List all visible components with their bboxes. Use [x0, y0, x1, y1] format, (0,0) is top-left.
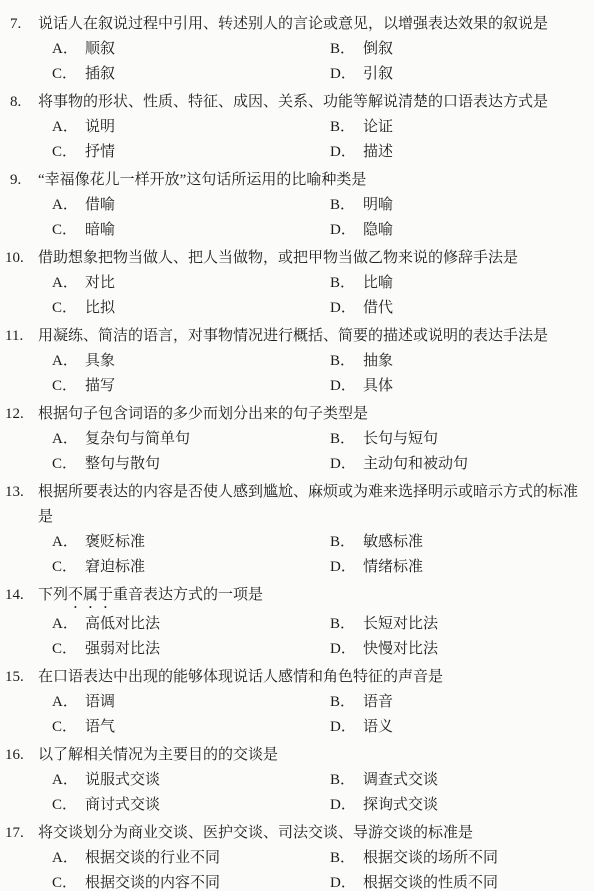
option-label: C． — [52, 793, 85, 818]
option-text: 探询式交谈 — [363, 797, 438, 813]
option-label: D． — [330, 452, 363, 477]
option-text: 语气 — [85, 719, 115, 735]
option: A．借喻 — [52, 193, 330, 218]
question-text: 根据所要表达的内容是否使人感到尴尬、麻烦或为难来选择明示或暗示方式的标准是 — [38, 480, 586, 530]
option-text: 高低对比法 — [85, 616, 160, 632]
option-text: 描写 — [85, 378, 115, 394]
option-text: 窘迫标准 — [85, 559, 145, 575]
question-options: A．顺叙 B．倒叙 C．插叙 D．引叙 — [0, 37, 594, 87]
option-label: B． — [330, 427, 363, 452]
option-text: 长句与短句 — [363, 431, 438, 447]
option-text: 商讨式交谈 — [85, 797, 160, 813]
option-label: D． — [330, 715, 363, 740]
option: C．根据交谈的内容不同 — [52, 871, 330, 891]
question-number: 17. — [5, 821, 38, 846]
option-label: D． — [330, 637, 363, 662]
option: B．抽象 — [330, 349, 594, 374]
option-text: 情绪标准 — [363, 559, 423, 575]
option-text: 语音 — [363, 694, 393, 710]
option-label: A． — [52, 349, 85, 374]
option-text: 对比 — [85, 275, 115, 291]
option: D．引叙 — [330, 62, 594, 87]
question-options: A．高低对比法 B．长短对比法 C．强弱对比法 D．快慢对比法 — [0, 612, 594, 662]
question-text: “幸福像花儿一样开放”这句话所运用的比喻种类是 — [38, 168, 366, 193]
option: A．复杂句与简单句 — [52, 427, 330, 452]
option-label: B． — [330, 37, 363, 62]
option-label: C． — [52, 715, 85, 740]
option: A．褒贬标准 — [52, 530, 330, 555]
option: B．倒叙 — [330, 37, 594, 62]
question-options: A．根据交谈的行业不同 B．根据交谈的场所不同 C．根据交谈的内容不同 D．根据… — [0, 846, 594, 891]
question-options: A．语调 B．语音 C．语气 D．语义 — [0, 690, 594, 740]
option-label: A． — [52, 768, 85, 793]
option-text: 敏感标准 — [363, 534, 423, 550]
option: A．对比 — [52, 271, 330, 296]
option: C．暗喻 — [52, 218, 330, 243]
option-label: C． — [52, 140, 85, 165]
question-text: 在口语表达中出现的能够体现说话人感情和角色特征的声音是 — [38, 665, 443, 690]
option: A．说明 — [52, 115, 330, 140]
option-label: C． — [52, 218, 85, 243]
question-number: 14. — [5, 583, 38, 612]
option-text: 主动句和被动句 — [363, 456, 468, 472]
option-label: A． — [52, 690, 85, 715]
question-text: 用凝练、简洁的语言，对事物情况进行概括、简要的描述或说明的表达手法是 — [38, 324, 548, 349]
option-text: 根据交谈的内容不同 — [85, 875, 220, 891]
option: C．商讨式交谈 — [52, 793, 330, 818]
option: D．借代 — [330, 296, 594, 321]
option-label: C． — [52, 296, 85, 321]
option: B．长短对比法 — [330, 612, 594, 637]
option: B．根据交谈的场所不同 — [330, 846, 594, 871]
option-text: 根据交谈的场所不同 — [363, 850, 498, 866]
option-label: D． — [330, 793, 363, 818]
option-text: 暗喻 — [85, 222, 115, 238]
option-label: C． — [52, 637, 85, 662]
option: D．情绪标准 — [330, 555, 594, 580]
question-number: 16. — [5, 743, 38, 768]
question-text-post: 重音表达方式的一项是 — [113, 587, 263, 603]
option-label: D． — [330, 140, 363, 165]
question-text-emphasized: 不属于 — [68, 587, 113, 603]
option: A．具象 — [52, 349, 330, 374]
question-text: 以了解相关情况为主要目的的交谈是 — [38, 743, 278, 768]
question-number: 11. — [5, 324, 38, 349]
exam-page: 7. 说话人在叙说过程中引用、转述别人的言论或意见，以增强表达效果的叙说是 A．… — [0, 0, 594, 891]
option-text: 隐喻 — [363, 222, 393, 238]
option: D．探询式交谈 — [330, 793, 594, 818]
question-number: 9. — [10, 168, 38, 193]
option: C．比拟 — [52, 296, 330, 321]
option: B．语音 — [330, 690, 594, 715]
option-text: 调查式交谈 — [363, 772, 438, 788]
option-label: C． — [52, 555, 85, 580]
option-label: A． — [52, 115, 85, 140]
option: C．强弱对比法 — [52, 637, 330, 662]
question-text: 借助想象把物当做人、把人当做物，或把甲物当做乙物来说的修辞手法是 — [38, 246, 518, 271]
option: B．比喻 — [330, 271, 594, 296]
option: D．具体 — [330, 374, 594, 399]
option-label: B． — [330, 612, 363, 637]
option-label: B． — [330, 349, 363, 374]
option: C．描写 — [52, 374, 330, 399]
question-text: 将事物的形状、性质、特征、成因、关系、功能等解说清楚的口语表达方式是 — [38, 90, 548, 115]
question-options: A．对比 B．比喻 C．比拟 D．借代 — [0, 271, 594, 321]
question-number: 10. — [5, 246, 38, 271]
option-text: 倒叙 — [363, 41, 393, 57]
option-text: 强弱对比法 — [85, 641, 160, 657]
option-text: 论证 — [363, 119, 393, 135]
option-label: A． — [52, 530, 85, 555]
option-text: 抒情 — [85, 144, 115, 160]
question: 7. 说话人在叙说过程中引用、转述别人的言论或意见，以增强表达效果的叙说是 A．… — [0, 12, 594, 87]
option-text: 快慢对比法 — [363, 641, 438, 657]
option-label: D． — [330, 62, 363, 87]
option-text: 褒贬标准 — [85, 534, 145, 550]
option: B．敏感标准 — [330, 530, 594, 555]
option-text: 说服式交谈 — [85, 772, 160, 788]
question-text: 将交谈划分为商业交谈、医护交谈、司法交谈、导游交谈的标准是 — [38, 821, 473, 846]
question-number: 12. — [5, 402, 38, 427]
question: 11. 用凝练、简洁的语言，对事物情况进行概括、简要的描述或说明的表达手法是 A… — [0, 324, 594, 399]
option: C．抒情 — [52, 140, 330, 165]
option: C．语气 — [52, 715, 330, 740]
option: C．插叙 — [52, 62, 330, 87]
option-text: 长短对比法 — [363, 616, 438, 632]
option-text: 根据交谈的性质不同 — [363, 875, 498, 891]
option: D．快慢对比法 — [330, 637, 594, 662]
option-text: 引叙 — [363, 66, 393, 82]
question-options: A．褒贬标准 B．敏感标准 C．窘迫标准 D．情绪标准 — [0, 530, 594, 580]
option-label: D． — [330, 218, 363, 243]
option-label: A． — [52, 271, 85, 296]
option-label: D． — [330, 871, 363, 891]
option: A．说服式交谈 — [52, 768, 330, 793]
question: 14. 下列不属于重音表达方式的一项是 A．高低对比法 B．长短对比法 C．强弱… — [0, 583, 594, 662]
option: B．长句与短句 — [330, 427, 594, 452]
option-text: 比喻 — [363, 275, 393, 291]
option-label: B． — [330, 768, 363, 793]
option-label: B． — [330, 115, 363, 140]
option-text: 具体 — [363, 378, 393, 394]
option-text: 语调 — [85, 694, 115, 710]
option-text: 根据交谈的行业不同 — [85, 850, 220, 866]
option-label: A． — [52, 193, 85, 218]
question-number: 8. — [10, 90, 38, 115]
question: 10. 借助想象把物当做人、把人当做物，或把甲物当做乙物来说的修辞手法是 A．对… — [0, 246, 594, 321]
question-options: A．说服式交谈 B．调查式交谈 C．商讨式交谈 D．探询式交谈 — [0, 768, 594, 818]
question-number: 13. — [5, 480, 38, 530]
option: C．窘迫标准 — [52, 555, 330, 580]
option-label: D． — [330, 374, 363, 399]
option-label: B． — [330, 690, 363, 715]
question-options: A．借喻 B．明喻 C．暗喻 D．隐喻 — [0, 193, 594, 243]
option: B．调查式交谈 — [330, 768, 594, 793]
option-text: 比拟 — [85, 300, 115, 316]
option-label: A． — [52, 427, 85, 452]
option-label: B． — [330, 846, 363, 871]
question-text: 说话人在叙说过程中引用、转述别人的言论或意见，以增强表达效果的叙说是 — [38, 12, 548, 37]
option-text: 整句与散句 — [85, 456, 160, 472]
option-label: C． — [52, 871, 85, 891]
option-text: 明喻 — [363, 197, 393, 213]
option: D．隐喻 — [330, 218, 594, 243]
option-label: D． — [330, 296, 363, 321]
question-number: 7. — [10, 12, 38, 37]
option: B．明喻 — [330, 193, 594, 218]
option: D．语义 — [330, 715, 594, 740]
option: D．根据交谈的性质不同 — [330, 871, 594, 891]
option-text: 语义 — [363, 719, 393, 735]
question-options: A．说明 B．论证 C．抒情 D．描述 — [0, 115, 594, 165]
option-text: 插叙 — [85, 66, 115, 82]
question: 8. 将事物的形状、性质、特征、成因、关系、功能等解说清楚的口语表达方式是 A．… — [0, 90, 594, 165]
option-text: 顺叙 — [85, 41, 115, 57]
question-text: 根据句子包含词语的多少而划分出来的句子类型是 — [38, 402, 368, 427]
option-label: B． — [330, 193, 363, 218]
option: B．论证 — [330, 115, 594, 140]
question: 13. 根据所要表达的内容是否使人感到尴尬、麻烦或为难来选择明示或暗示方式的标准… — [0, 480, 594, 580]
option-text: 具象 — [85, 353, 115, 369]
option-text: 描述 — [363, 144, 393, 160]
option: A．顺叙 — [52, 37, 330, 62]
question-text: 下列不属于重音表达方式的一项是 — [38, 583, 263, 612]
option-text: 说明 — [85, 119, 115, 135]
question-number: 15. — [5, 665, 38, 690]
option-text: 借代 — [363, 300, 393, 316]
question: 9. “幸福像花儿一样开放”这句话所运用的比喻种类是 A．借喻 B．明喻 C．暗… — [0, 168, 594, 243]
option-label: D． — [330, 555, 363, 580]
question-text-pre: 下列 — [38, 587, 68, 603]
question: 15. 在口语表达中出现的能够体现说话人感情和角色特征的声音是 A．语调 B．语… — [0, 665, 594, 740]
question-options: A．具象 B．抽象 C．描写 D．具体 — [0, 349, 594, 399]
question: 17. 将交谈划分为商业交谈、医护交谈、司法交谈、导游交谈的标准是 A．根据交谈… — [0, 821, 594, 891]
option-label: B． — [330, 530, 363, 555]
option: A．根据交谈的行业不同 — [52, 846, 330, 871]
option: D．描述 — [330, 140, 594, 165]
option-label: B． — [330, 271, 363, 296]
option-label: C． — [52, 452, 85, 477]
option-label: A． — [52, 37, 85, 62]
option-text: 借喻 — [85, 197, 115, 213]
question-options: A．复杂句与简单句 B．长句与短句 C．整句与散句 D．主动句和被动句 — [0, 427, 594, 477]
option-label: A． — [52, 612, 85, 637]
option-label: C． — [52, 374, 85, 399]
option: A．高低对比法 — [52, 612, 330, 637]
option-text: 抽象 — [363, 353, 393, 369]
question: 12. 根据句子包含词语的多少而划分出来的句子类型是 A．复杂句与简单句 B．长… — [0, 402, 594, 477]
option-text: 复杂句与简单句 — [85, 431, 190, 447]
option: A．语调 — [52, 690, 330, 715]
option-label: A． — [52, 846, 85, 871]
option-label: C． — [52, 62, 85, 87]
option: C．整句与散句 — [52, 452, 330, 477]
question: 16. 以了解相关情况为主要目的的交谈是 A．说服式交谈 B．调查式交谈 C．商… — [0, 743, 594, 818]
option: D．主动句和被动句 — [330, 452, 594, 477]
